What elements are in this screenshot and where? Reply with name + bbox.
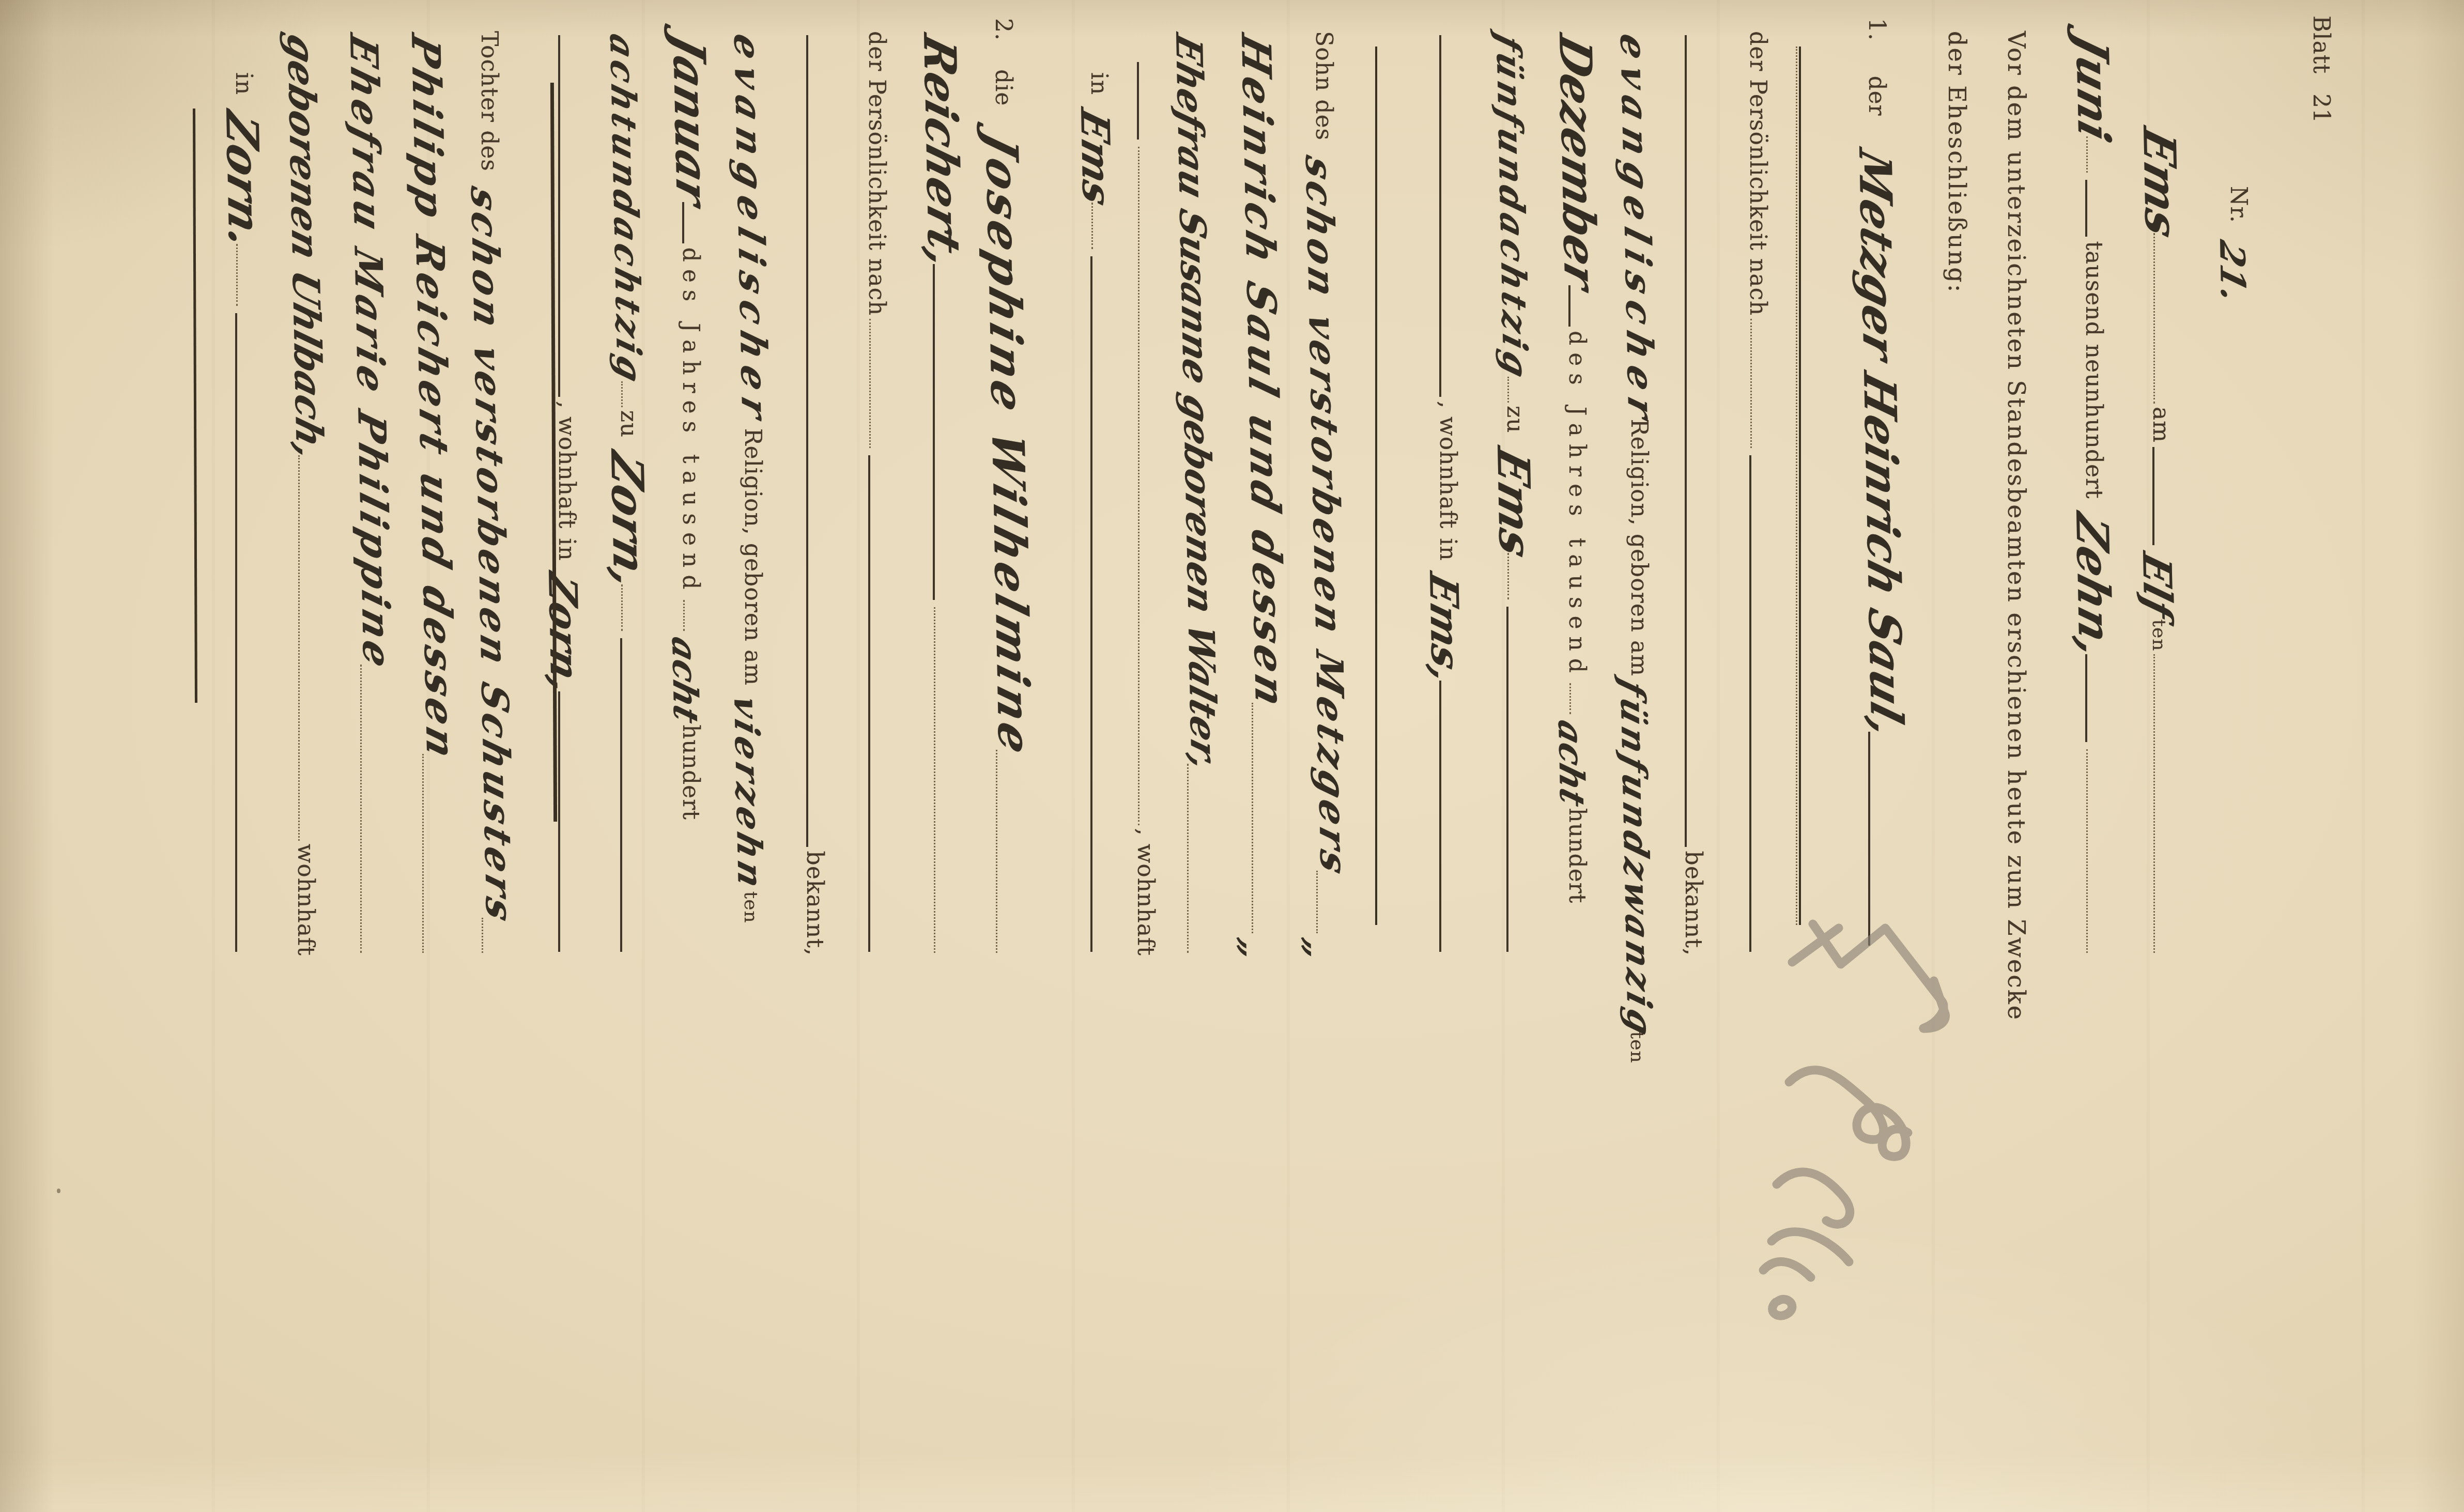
pencil-scribble-annotation bbox=[0, 0, 2464, 1512]
scanned-registry-page: { "page": { "blatt_label": "Blatt", "bla… bbox=[0, 0, 2464, 1512]
paper-speck bbox=[57, 1189, 60, 1193]
